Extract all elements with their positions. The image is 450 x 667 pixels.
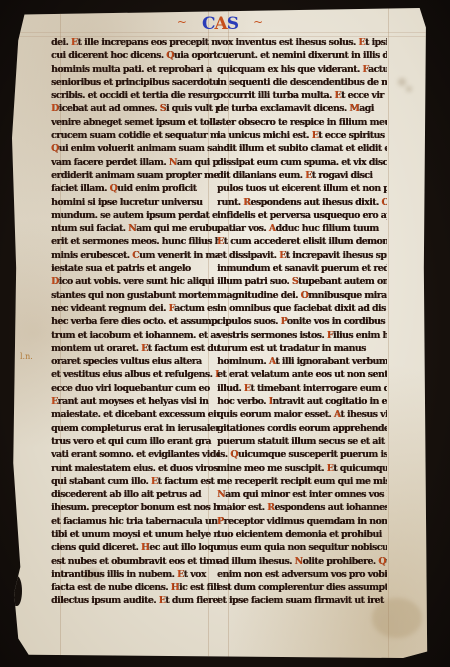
rubricated-capital: H: [141, 542, 149, 553]
rubricated-capital: E: [177, 569, 184, 580]
rubricated-capital: E: [358, 37, 365, 48]
text-line: runt maiestatem eius. et duos viros: [51, 462, 219, 475]
text-line: erit et sermones meos. hunc filius ho: [51, 235, 219, 248]
rubricated-capital: P: [280, 316, 286, 327]
rubricated-capital: Q: [109, 183, 117, 194]
rubricated-capital: O: [301, 290, 309, 301]
rubricated-capital: N: [217, 489, 225, 500]
text-line: is. Quicumque susceperit puerum istum in…: [217, 448, 387, 461]
text-line: vam facere perdet illam. Nam qui p: [51, 156, 219, 169]
rubricated-capital: P: [217, 516, 224, 527]
text-line: Erant aut moyses et helyas visi in: [51, 395, 219, 408]
text-line: ia unicus michi est. Et ecce spiritus ap…: [217, 129, 387, 142]
rubricated-capital: E: [159, 595, 166, 606]
text-line: mus eum quia non sequitur nobiscum. Et a…: [217, 541, 387, 554]
initial-c: C: [202, 14, 215, 34]
text-line: qui stabant cum illo. Et factum est cum: [51, 475, 219, 488]
text-line: dit dilanians eum. Et rogavi disci: [217, 169, 387, 182]
rubricated-capital: R: [267, 502, 274, 513]
text-line: venire abneget semet ipsum et tollat: [51, 116, 219, 129]
text-line: faciet illam. Quid enim proficit: [51, 182, 219, 195]
left-flourish: ~: [177, 15, 187, 29]
rubricated-capital: C: [132, 250, 139, 261]
rubricated-capital: S: [160, 103, 166, 114]
rubricated-capital: E: [244, 383, 251, 394]
text-line: Preceptor vidimus quemdam in nomine: [217, 515, 387, 528]
text-line: turum est ut tradatur in manus: [217, 342, 387, 355]
rubricated-capital: Q: [51, 143, 59, 154]
rubricated-capital: N: [128, 223, 136, 234]
initial-s: S: [227, 14, 238, 34]
text-line: et ipse faciem suam firmavit ut iret: [217, 594, 387, 607]
text-column-right: vox inventus est ihesus solus. Et ipsi t…: [217, 36, 387, 608]
text-line: intrantibus illis in nubem. Et vox: [51, 568, 219, 581]
rubricated-capital: N: [294, 556, 302, 567]
rubricated-capital: R: [243, 197, 250, 208]
text-line: cuerunt. et nemini dixerunt in illis die…: [217, 49, 387, 62]
right-flourish: ~: [253, 15, 263, 29]
text-line: iestate sua et patris et angelo: [51, 262, 219, 275]
text-line: maior est. Respondens aut iohannes dixit…: [217, 501, 387, 514]
text-line: erdiderit animam suam propter me salva: [51, 169, 219, 182]
text-line: ntum sui faciat. Nam qui me erubu: [51, 222, 219, 235]
rubricated-capital: A: [334, 409, 341, 420]
text-line: in omnibus que faciebat dixit ad dis: [217, 302, 387, 315]
text-line: tuo eicientem demonia et prohibui: [217, 528, 387, 541]
rubricated-capital: E: [217, 236, 224, 247]
rubricated-capital: A: [269, 223, 276, 234]
initial-a: A: [215, 14, 227, 34]
rubricated-capital: H: [171, 582, 179, 593]
text-line: hominis multa pati. et reprobari a: [51, 63, 219, 76]
text-line: ihesum. preceptor bonum est nos hic esse: [51, 501, 219, 514]
text-line: Qui enim voluerit animam suam sal: [51, 142, 219, 155]
stain: [398, 78, 406, 86]
text-line: gitationes cordis eorum apprehendens: [217, 422, 387, 435]
rubricated-capital: O: [381, 197, 387, 208]
text-line: pulos tuos ut eicerent illum et non potu…: [217, 182, 387, 195]
text-line: vox inventus est ihesus solus. Et ipsi t…: [217, 36, 387, 49]
rubricated-capital: D: [51, 103, 59, 114]
text-line: me receperit recipit eum qui me misit: [217, 475, 387, 488]
text-line: magnitudine dei. Omnibusque mirantibus: [217, 289, 387, 302]
text-line: patiar vos. Adduc huc filium tuum: [217, 222, 387, 235]
rubricated-capital: E: [327, 463, 334, 474]
text-line: est nubes et obumbravit eos et timuerunt: [51, 555, 219, 568]
text-line: occurrit illi turba multa. Et ecce vir: [217, 89, 387, 102]
rubricated-capital: F: [168, 303, 174, 314]
text-line: crucem suam cotidie et sequatur me: [51, 129, 219, 142]
stain: [406, 86, 412, 92]
text-line: senioribus et principibus sacerdotu et: [51, 76, 219, 89]
text-line: est dum complerentur dies assumptionis e…: [217, 581, 387, 594]
text-line: montem ut oraret. Et factum est dum: [51, 342, 219, 355]
text-line: de turba exclamavit dicens. Magi: [217, 102, 387, 115]
text-line: nec videant regnum dei. Factum est aut p: [51, 302, 219, 315]
text-line: et vestitus eius albus et refulgens. Et: [51, 368, 219, 381]
text-line: vestris sermones istos. Filius enim homi…: [217, 329, 387, 342]
rubricated-capital: E: [51, 396, 58, 407]
rubricated-capital: S: [292, 276, 298, 287]
text-line: minis erubescet. Cum venerit in ma: [51, 249, 219, 262]
rubricated-capital: N: [169, 157, 177, 168]
text-line: in sequenti die descendentibus de monte: [217, 76, 387, 89]
text-line: mundum. se autem ipsum perdat et detrime: [51, 209, 219, 222]
rubricated-capital: E: [279, 250, 286, 261]
text-line: ndit illum et subito clamat et elidit et: [217, 142, 387, 155]
text-line: vati erant somno. et evigilantes vide: [51, 448, 219, 461]
vertical-ruling-line: [388, 8, 389, 658]
rubricated-capital: M: [349, 103, 359, 114]
text-line: tibi et unum moysi et unum helye nes: [51, 528, 219, 541]
text-line: et erat velatum ante eos ut non sentiren…: [217, 368, 387, 381]
rubricated-capital: E: [312, 130, 319, 141]
rubricated-capital: E: [151, 476, 158, 487]
running-head-initials: CAS: [202, 14, 238, 34]
text-line: cui dicerent hoc dicens. Quia oportet fi…: [51, 49, 219, 62]
text-line: cipulos suos. Ponite vos in cordibus: [217, 315, 387, 328]
rubricated-capital: E: [141, 343, 148, 354]
text-line: dissipat eum cum spuma. et vix disce: [217, 156, 387, 169]
text-line: ster obsecro te respice in filium meum q…: [217, 116, 387, 129]
text-line: illum patri suo. Stupebant autem omnes i…: [217, 275, 387, 288]
text-line: dilectus ipsum audite. Et dum fieret: [51, 594, 219, 607]
text-line: mine meo me suscipit. Et quicumque: [217, 462, 387, 475]
text-line: runt. Respondens aut ihesus dixit. O gen…: [217, 196, 387, 209]
text-line: scribis. et occidi et tertia die resurge: [51, 89, 219, 102]
text-line: inmundum et sanavit puerum et reddidit: [217, 262, 387, 275]
text-line: puerum statuit illum secus se et ait ill: [217, 435, 387, 448]
text-line: ad illum ihesus. Nolite prohibere. Qui: [217, 555, 387, 568]
text-line: maiestate. et dicebant excessum eius: [51, 408, 219, 421]
text-line: hoc verbo. Intravit aut cogitatio in eos: [217, 395, 387, 408]
rubricated-capital: F: [362, 64, 368, 75]
text-line: discederent ab illo ait petrus ad: [51, 488, 219, 501]
text-line: hec verba fere dies octo. et assumpsit p…: [51, 315, 219, 328]
text-line: trus vero et qui cum illo erant gra: [51, 435, 219, 448]
rubricated-capital: F: [327, 330, 333, 341]
rubricated-capital: A: [269, 356, 276, 367]
text-line: homini si ipse lucretur universu: [51, 196, 219, 209]
text-line: enim non est adversum vos pro vobis est.…: [217, 568, 387, 581]
text-line: quicquam ex his que viderant. Factum est…: [217, 63, 387, 76]
text-line: et faciamus hic tria tabernacula unu: [51, 515, 219, 528]
rubricated-capital: E: [71, 37, 78, 48]
rubricated-capital: Q: [166, 50, 174, 61]
text-line: ciens quid diceret. Hec aut illo loquent…: [51, 541, 219, 554]
text-line: Dicebat aut ad omnes. Si quis vult post …: [51, 102, 219, 115]
text-line: ecce duo viri loquebantur cum eo: [51, 382, 219, 395]
text-line: Et cum accederet elisit illum demonium: [217, 235, 387, 248]
rubricated-capital: Q: [378, 556, 386, 567]
text-line: illud. Et timebant interrogare eum de: [217, 382, 387, 395]
text-line: Nam qui minor est inter omnes vos hic: [217, 488, 387, 501]
rubricated-capital: D: [51, 276, 59, 287]
margin-annotation: l.n.: [20, 352, 33, 361]
rubricated-capital: I: [269, 396, 273, 407]
text-line: et dissipavit. Et increpavit ihesus spir…: [217, 249, 387, 262]
rubricated-capital: E: [334, 90, 341, 101]
text-line: infidelis et perversa usquequo ero apud …: [217, 209, 387, 222]
text-line: facta est de nube dicens. Hic est filius…: [51, 581, 219, 594]
text-column-left: dei. Et ille increpans eos precepit necu…: [51, 36, 219, 608]
running-head: ~ CAS ~: [12, 14, 428, 38]
text-line: oraret species vultus eius altera: [51, 355, 219, 368]
text-line: quis eorum maior esset. At ihesus videns…: [217, 408, 387, 421]
rubricated-capital: E: [305, 170, 312, 181]
text-line: hominum. At illi ignorabant verbum istud: [217, 355, 387, 368]
text-line: quem completurus erat in ierusalem. Pe: [51, 422, 219, 435]
text-line: trum et iacobum et iohannem. et ascendit…: [51, 329, 219, 342]
text-line: Dico aut vobis. vere sunt hic aliqui: [51, 275, 219, 288]
rubricated-capital: Q: [230, 449, 238, 460]
text-line: stantes qui non gustabunt mortem do: [51, 289, 219, 302]
text-line: dei. Et ille increpans eos precepit ne: [51, 36, 219, 49]
